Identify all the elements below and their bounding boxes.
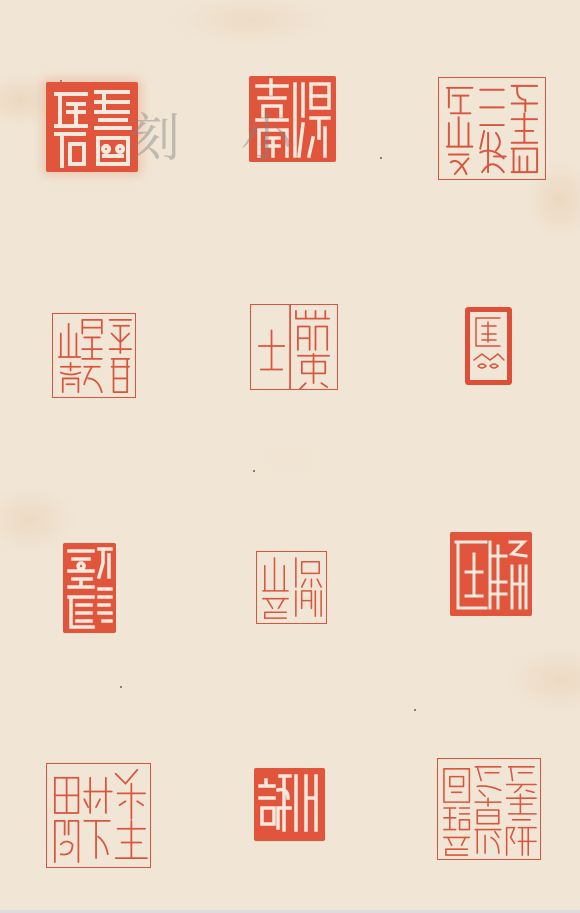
seal-h	[256, 551, 327, 624]
seal-k-glyphs	[254, 768, 325, 841]
paper-speck	[380, 157, 382, 159]
seal-l-glyphs	[438, 759, 540, 859]
seal-i	[450, 532, 532, 616]
seal-f-glyphs	[470, 312, 507, 380]
seal-a	[46, 82, 138, 172]
seal-j	[46, 763, 151, 868]
seal-c	[438, 77, 546, 180]
paper-speck	[414, 709, 416, 711]
seal-a-glyphs	[46, 82, 138, 172]
seal-k	[254, 768, 325, 841]
seal-l	[437, 758, 541, 860]
paper-speck	[120, 686, 122, 688]
seal-j-glyphs	[47, 764, 150, 867]
seal-b-glyphs	[249, 76, 336, 162]
seal-i-glyphs	[450, 532, 532, 616]
seal-e-glyphs	[251, 305, 337, 389]
seal-h-glyphs	[257, 552, 326, 623]
seal-g-glyphs	[63, 543, 116, 633]
seal-e	[250, 304, 338, 390]
seal-f	[465, 307, 512, 385]
seal-c-glyphs	[439, 78, 545, 179]
seal-d-glyphs	[53, 314, 135, 397]
seal-d	[52, 313, 136, 398]
seal-b	[249, 76, 336, 162]
seal-g	[63, 543, 116, 633]
paper-speck	[253, 470, 255, 472]
